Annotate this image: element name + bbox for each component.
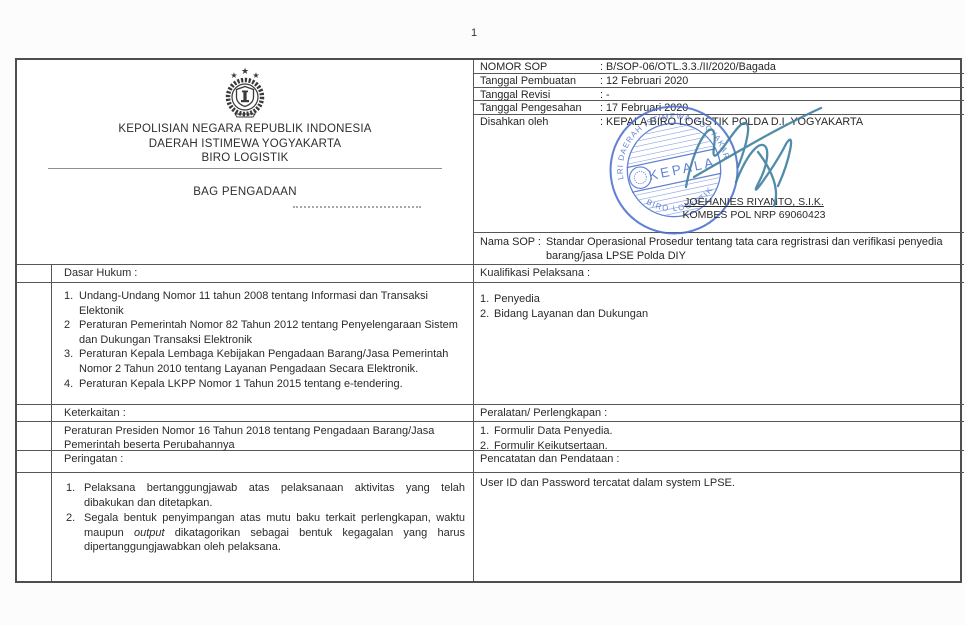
item-number: 1. — [64, 289, 79, 318]
meta-value: B/SOP-06/OTL.3.3./II/2020/Bagada — [606, 61, 776, 73]
org-line-region: DAERAH ISTIMEWA YOGYAKARTA — [17, 137, 473, 152]
list-item: 1.Pelaksana bertanggungjawab atas pelaks… — [66, 481, 465, 510]
meta-row-tanggal-pembuatan: Tanggal Pembuatan:12 Februari 2020 — [474, 74, 964, 88]
item-text: Undang-Undang Nomor 11 tahun 2008 tentan… — [79, 289, 469, 318]
list-item: 2.Segala bentuk penyimpangan atas mutu b… — [66, 511, 465, 555]
section-title-keterkaitan: Keterkaitan : — [52, 405, 474, 422]
list-item: 3.Peraturan Kepala Lembaga Kebijakan Pen… — [64, 347, 469, 376]
spacer-cell — [17, 283, 52, 405]
institution-header: ★ ★ ★ KEPOLISIAN NEGARA REPUBLIK INDONES… — [17, 60, 474, 265]
spacer-cell — [17, 265, 52, 283]
list-item: 1.Formulir Data Penyedia. — [480, 424, 958, 439]
item-number: 2. — [66, 511, 84, 555]
section-title-dasar-hukum: Dasar Hukum : — [52, 265, 474, 283]
spacer-cell — [17, 405, 52, 422]
meta-label: Tanggal Pembuatan — [480, 75, 600, 87]
dotted-rule — [293, 206, 421, 208]
item-text: Bidang Layanan dan Dukungan — [494, 307, 958, 322]
kualifikasi-list: 1.Penyedia 2.Bidang Layanan dan Dukungan — [474, 283, 964, 405]
list-item: 1.Undang-Undang Nomor 11 tahun 2008 tent… — [64, 289, 469, 318]
svg-text:★: ★ — [241, 66, 249, 76]
meta-value: 12 Februari 2020 — [606, 75, 688, 87]
section-title-kualifikasi: Kualifikasi Pelaksana : — [474, 265, 964, 283]
keterkaitan-text: Peraturan Presiden Nomor 16 Tahun 2018 t… — [52, 422, 474, 451]
item-number: 1. — [66, 481, 84, 510]
meta-label: Disahkan oleh — [480, 116, 600, 232]
page-number: 1 — [471, 27, 477, 39]
item-text: Peraturan Kepala LKPP Nomor 1 Tahun 2015… — [79, 377, 469, 392]
item-text: Peraturan Kepala Lembaga Kebijakan Penga… — [79, 347, 469, 376]
list-item: 4.Peraturan Kepala LKPP Nomor 1 Tahun 20… — [64, 377, 469, 392]
peralatan-list: 1.Formulir Data Penyedia. 2.Formulir Kei… — [474, 422, 964, 451]
item-text: Peraturan Pemerintah Nomor 82 Tahun 2012… — [79, 318, 469, 347]
meta-label: NOMOR SOP — [480, 61, 600, 73]
list-item: 2.Bidang Layanan dan Dukungan — [480, 307, 958, 322]
dasar-hukum-list: 1.Undang-Undang Nomor 11 tahun 2008 tent… — [52, 283, 474, 405]
item-number: 2. — [480, 307, 494, 322]
item-text: Formulir Data Penyedia. — [494, 424, 958, 439]
item-number: 4. — [64, 377, 79, 392]
item-text-italic: output — [134, 527, 165, 539]
meta-value: - — [606, 89, 610, 100]
org-line-bureau: BIRO LOGISTIK — [48, 151, 442, 169]
polri-emblem-icon: ★ ★ ★ — [218, 65, 272, 119]
scanned-sop-document: 1 ★ ★ ★ KEPOLISIAN NEGARA REPUBLIK INDON… — [0, 0, 966, 625]
spacer-cell — [17, 473, 52, 581]
item-text: Penyedia — [494, 292, 958, 307]
meta-label: Tanggal Revisi — [480, 89, 600, 100]
section-title-peringatan: Peringatan : — [52, 451, 474, 473]
item-number: 1. — [480, 292, 494, 307]
list-item: 2Peraturan Pemerintah Nomor 82 Tahun 201… — [64, 318, 469, 347]
sop-meta-panel: NOMOR SOP:B/SOP-06/OTL.3.3./II/2020/Baga… — [474, 60, 964, 265]
list-item: 1.Penyedia — [480, 292, 958, 307]
meta-label: Tanggal Pengesahan — [480, 102, 600, 114]
meta-row-nomor-sop: NOMOR SOP:B/SOP-06/OTL.3.3./II/2020/Baga… — [474, 60, 964, 74]
signature-scribble-icon — [674, 102, 824, 222]
item-number: 3. — [64, 347, 79, 376]
nama-sop-label: Nama SOP : — [480, 235, 546, 264]
unit-name: BAG PENGADAAN — [17, 186, 473, 198]
spacer-cell — [17, 422, 52, 451]
item-number: 1. — [480, 424, 494, 439]
svg-text:★: ★ — [252, 71, 259, 80]
pencatatan-text: User ID dan Password tercatat dalam syst… — [474, 473, 964, 581]
item-text: Segala bentuk penyimpangan atas mutu bak… — [84, 511, 465, 555]
item-number: 2 — [64, 318, 79, 347]
spacer-cell — [17, 451, 52, 473]
organization-name-block: KEPOLISIAN NEGARA REPUBLIK INDONESIA DAE… — [17, 122, 473, 169]
svg-text:★: ★ — [230, 71, 237, 80]
org-line-country: KEPOLISIAN NEGARA REPUBLIK INDONESIA — [17, 122, 473, 137]
peringatan-list: 1.Pelaksana bertanggungjawab atas pelaks… — [52, 473, 474, 581]
section-title-peralatan: Peralatan/ Perlengkapan : — [474, 405, 964, 422]
section-title-pencatatan: Pencatatan dan Pendataan : — [474, 451, 964, 473]
item-text: Pelaksana bertanggungjawab atas pelaksan… — [84, 481, 465, 510]
sop-header-table: ★ ★ ★ KEPOLISIAN NEGARA REPUBLIK INDONES… — [15, 58, 962, 583]
